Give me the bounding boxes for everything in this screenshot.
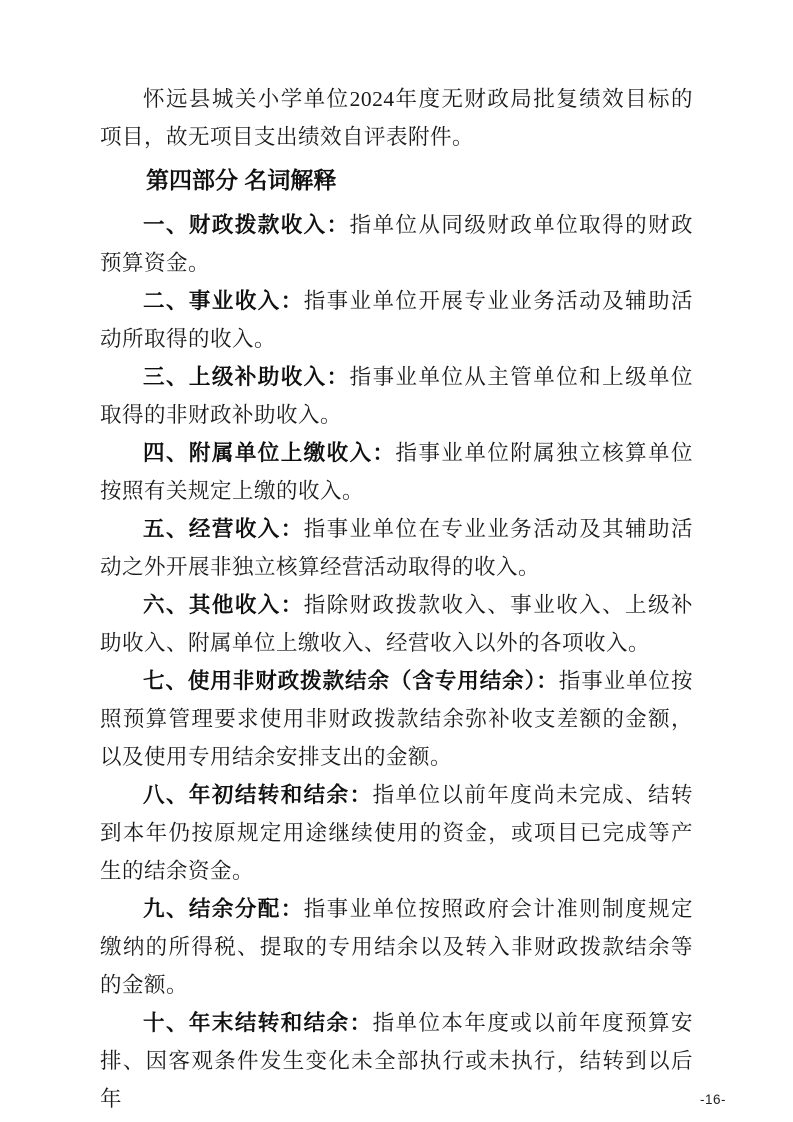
definition-paragraph-2: 二、事业收入：指事业单位开展专业业务活动及辅助活动所取得的收入。: [100, 282, 693, 358]
definition-term: 五、经营收入：: [143, 517, 304, 541]
definition-term: 四、附属单位上缴收入：: [143, 441, 396, 465]
definition-term: 一、财政拨款收入：: [143, 213, 350, 237]
definition-term: 七、使用非财政拨款结余（含专用结余）：: [143, 669, 559, 693]
page-number: -16-: [700, 1091, 726, 1109]
intro-paragraph: 怀远县城关小学单位2024年度无财政局批复绩效目标的项目，故无项目支出绩效自评表…: [100, 80, 693, 156]
definition-paragraph-4: 四、附属单位上缴收入：指事业单位附属独立核算单位按照有关规定上缴的收入。: [100, 434, 693, 510]
definition-paragraph-6: 六、其他收入：指除财政拨款收入、事业收入、上级补助收入、附属单位上缴收入、经营收…: [100, 586, 693, 662]
definition-term: 九、结余分配：: [143, 897, 304, 921]
page-content: 怀远县城关小学单位2024年度无财政局批复绩效目标的项目，故无项目支出绩效自评表…: [100, 80, 693, 1118]
definition-paragraph-1: 一、财政拨款收入：指单位从同级财政单位取得的财政预算资金。: [100, 206, 693, 282]
section-heading: 第四部分 名词解释: [100, 161, 693, 199]
definition-paragraph-10: 十、年末结转和结余：指单位本年度或以前年度预算安排、因客观条件发生变化未全部执行…: [100, 1004, 693, 1118]
definition-paragraph-9: 九、结余分配：指事业单位按照政府会计准则制度规定缴纳的所得税、提取的专用结余以及…: [100, 890, 693, 1004]
definition-term: 二、事业收入：: [143, 289, 304, 313]
document-page: 怀远县城关小学单位2024年度无财政局批复绩效目标的项目，故无项目支出绩效自评表…: [0, 0, 793, 1122]
definition-paragraph-3: 三、上级补助收入：指事业单位从主管单位和上级单位取得的非财政补助收入。: [100, 358, 693, 434]
definition-paragraph-8: 八、年初结转和结余：指单位以前年度尚未完成、结转到本年仍按原规定用途继续使用的资…: [100, 776, 693, 890]
definition-term: 八、年初结转和结余：: [143, 783, 373, 807]
definition-term: 十、年末结转和结余：: [143, 1011, 373, 1035]
definition-term: 三、上级补助收入：: [143, 365, 350, 389]
definition-paragraph-5: 五、经营收入：指事业单位在专业业务活动及其辅助活动之外开展非独立核算经营活动取得…: [100, 510, 693, 586]
definition-paragraph-7: 七、使用非财政拨款结余（含专用结余）：指事业单位按照预算管理要求使用非财政拨款结…: [100, 662, 693, 776]
definition-term: 六、其他收入：: [143, 593, 304, 617]
